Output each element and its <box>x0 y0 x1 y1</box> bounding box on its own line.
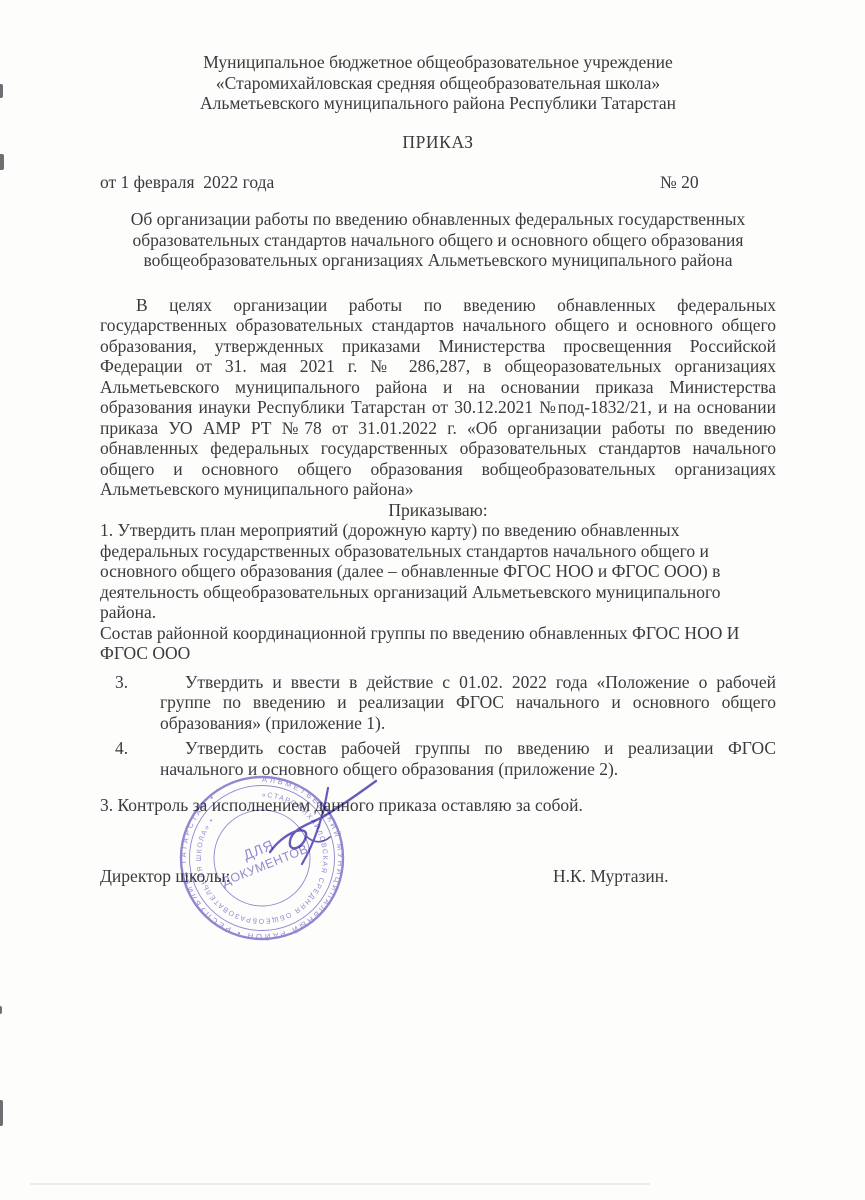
handwritten-signature <box>262 778 396 890</box>
subject-line-3: вобщеобразовательных организациях Альмет… <box>100 250 776 271</box>
org-name-line-3: Альметьевского муниципального района Рес… <box>100 93 776 114</box>
scan-fold-line <box>30 1183 650 1185</box>
order-item-3: 3. Утвердить и ввести в действие с 01.02… <box>160 672 776 734</box>
scan-edge-mark <box>0 84 3 98</box>
document-title: ПРИКАЗ <box>100 132 776 153</box>
document-number: № 20 <box>660 172 699 193</box>
org-name-line-2: «Старомихайловская средняя общеобразоват… <box>100 73 776 94</box>
scan-edge-mark <box>0 1006 2 1014</box>
subject-line-2: образовательных стандартов начального об… <box>100 230 776 251</box>
date-number-row: от 1 февраля 2022 года № 20 <box>100 172 776 193</box>
item-3-text: Утвердить и ввести в действие с 01.02. 2… <box>160 672 776 734</box>
item-3-number: 3. <box>115 672 128 693</box>
document-subject: Об организации работы по введению обнавл… <box>100 209 776 271</box>
signatory-name: Н.К. Муртазин. <box>553 866 668 887</box>
numbered-list: 3. Утвердить и ввести в действие с 01.02… <box>100 672 776 780</box>
document-content: Муниципальное бюджетное общеобразователь… <box>100 0 776 888</box>
order-item-1: 1. Утвердить план мероприятий (дорожную … <box>100 520 776 623</box>
subject-line-1: Об организации работы по введению обнавл… <box>100 209 776 230</box>
item-4-number: 4. <box>115 738 128 759</box>
signature-stroke <box>262 778 396 890</box>
document-date: от 1 февраля 2022 года <box>100 172 274 193</box>
coordination-group-note: Состав районной координационной группы п… <box>100 623 776 664</box>
org-name-line-1: Муниципальное бюджетное общеобразователь… <box>100 52 776 73</box>
scan-edge-mark <box>0 154 4 170</box>
organization-header: Муниципальное бюджетное общеобразователь… <box>100 0 776 114</box>
resolution-word: Приказываю: <box>100 500 776 521</box>
scanned-order-page: Муниципальное бюджетное общеобразователь… <box>0 0 865 1200</box>
preamble-paragraph: В целях организации работы по введению о… <box>100 295 776 500</box>
scan-edge-mark <box>0 1100 3 1126</box>
